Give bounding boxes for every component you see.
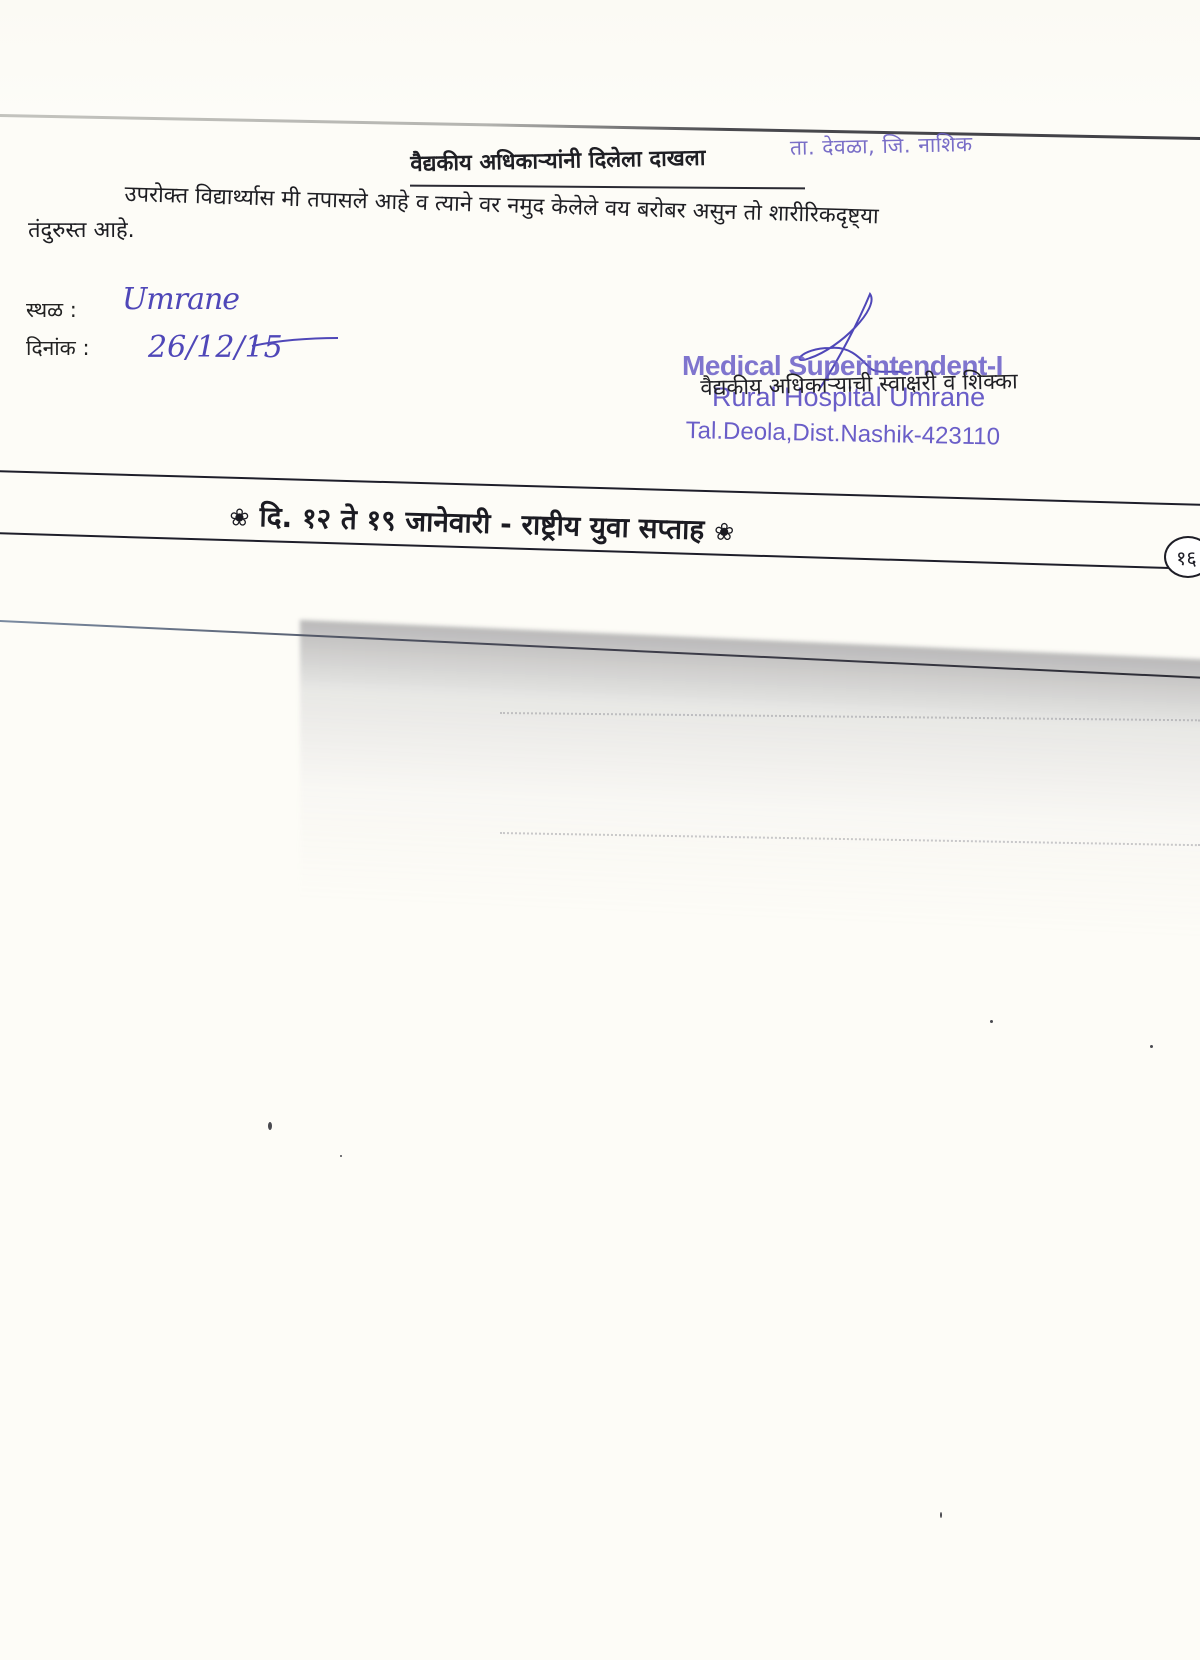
date-underline-stroke [250,336,340,348]
taluka-district-stamp: ता. देवळा, जि. नाशिक [790,130,973,162]
scan-shadow [300,620,1200,940]
certificate-heading: वैद्यकीय अधिकाऱ्यांनी दिलेला दाखला [410,142,706,178]
banner-top-rule [0,470,1200,506]
scan-speck [1150,1045,1153,1048]
scan-speck [940,1512,942,1518]
stamp-address: Tal.Deola,Dist.Nashik-423110 [685,417,1002,452]
place-label: स्थळ : [26,296,77,324]
page-number-badge: १६ [1164,536,1200,578]
flower-icon: ❀ [714,518,735,547]
flower-icon: ❀ [229,503,250,532]
scan-background-top [0,0,1200,120]
certificate-body-line-2: तंदुरुस्त आहे. [28,214,135,244]
banner-text: दि. १२ ते १९ जानेवारी - राष्ट्रीय युवा स… [259,500,705,546]
scan-speck [268,1122,272,1130]
scan-speck [990,1020,993,1023]
date-label: दिनांक : [26,334,90,362]
scan-speck [340,1155,342,1157]
place-value-handwritten: Umrane [122,282,239,317]
